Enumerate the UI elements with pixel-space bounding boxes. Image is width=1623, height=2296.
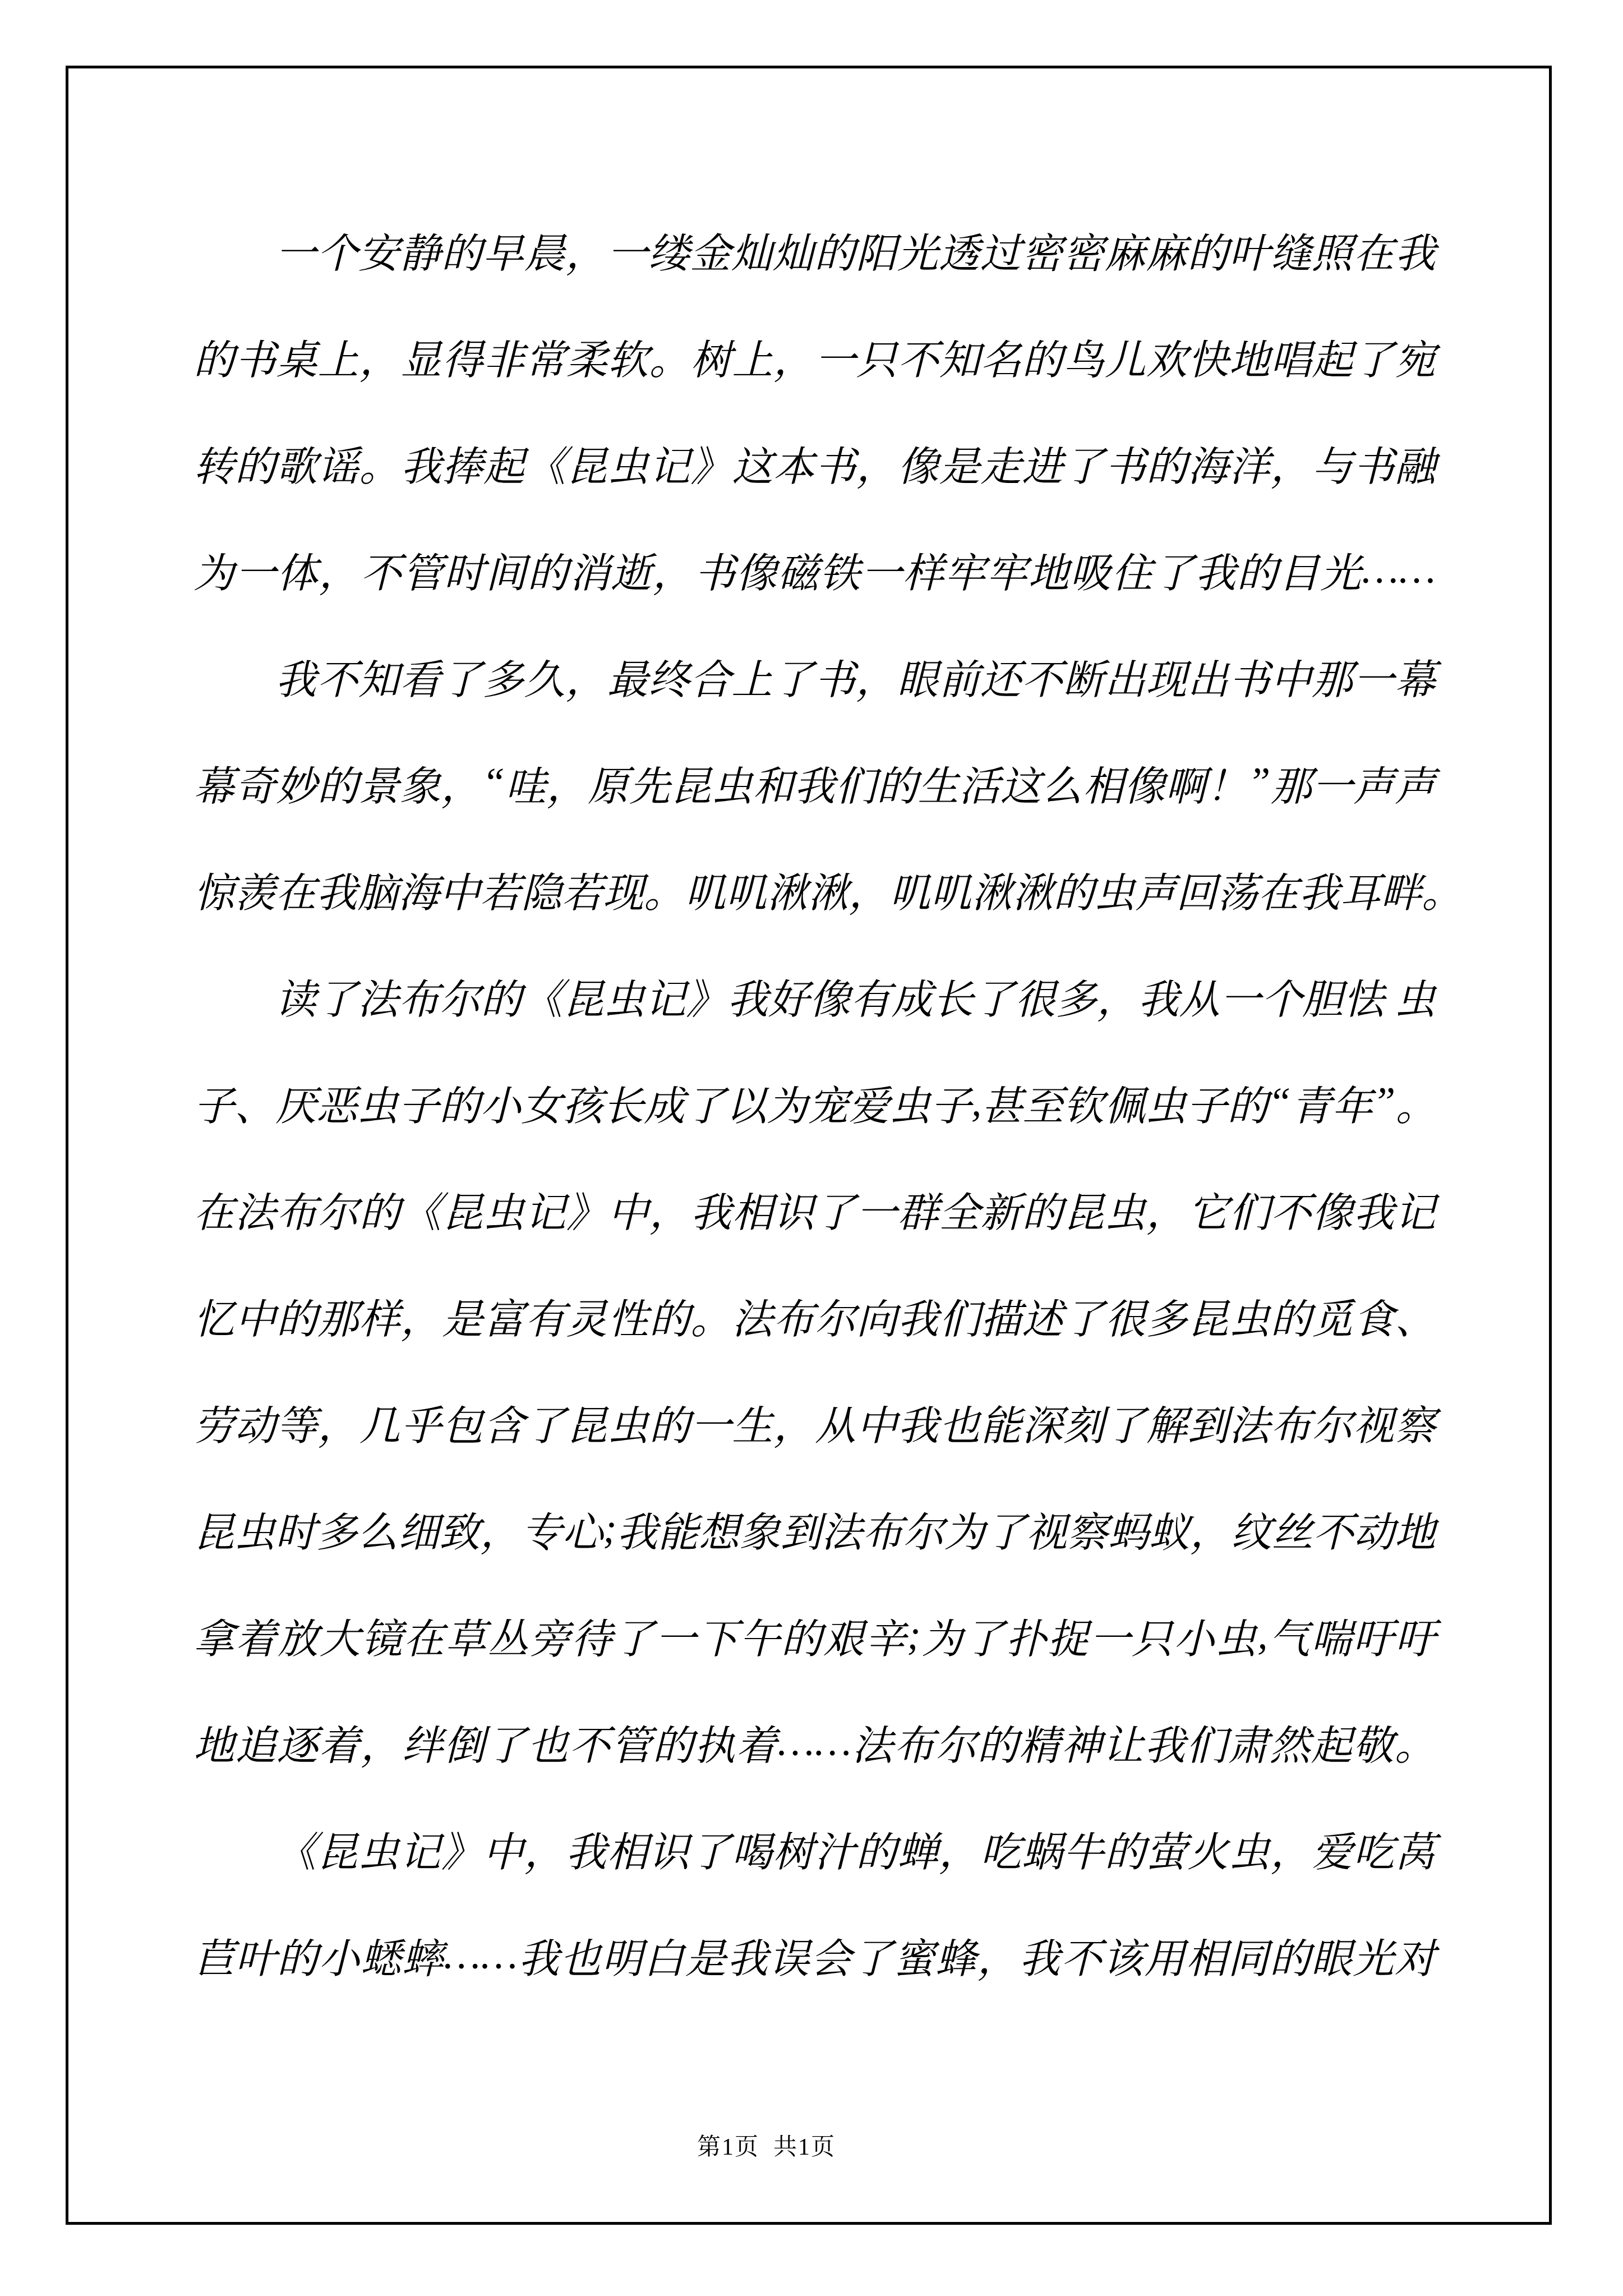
text-char: … xyxy=(778,1718,814,1765)
text-char: 若 xyxy=(480,860,521,919)
text-char: 书 xyxy=(815,434,856,493)
text-char: 眼 xyxy=(1311,1926,1352,1985)
text-char: 中 xyxy=(608,1180,649,1239)
text-char: 铁 xyxy=(819,540,860,599)
text-char: 若 xyxy=(562,860,603,919)
text-char: 地 xyxy=(193,1713,234,1772)
text-char: 是 xyxy=(939,434,980,493)
text-char: 照 xyxy=(1312,220,1353,279)
text-char: 忆 xyxy=(193,1286,234,1345)
text-char: 昆 xyxy=(1063,1180,1104,1239)
text-line: 昆虫时多么细致，专心;我能想象到法布尔为了视察蚂蚁，纹丝不动地 xyxy=(193,1475,1436,1582)
text-char: 虫 xyxy=(889,1073,930,1132)
text-char: 们 xyxy=(1229,1180,1270,1239)
text-char: 。 xyxy=(1395,1713,1436,1772)
text-char: 中 xyxy=(235,1286,276,1345)
text-char: 蚂 xyxy=(1108,1499,1149,1558)
text-line: 地追逐着，绊倒了也不管的执着……法布尔的精神让我们肃然起敬。 xyxy=(193,1688,1436,1795)
text-char: 间 xyxy=(486,540,527,599)
text-char: 一 xyxy=(655,1606,696,1665)
text-char: 先 xyxy=(629,753,670,812)
text-char: 虫 xyxy=(1145,1073,1186,1132)
text-char: 昆 xyxy=(566,434,607,493)
text-char: ， xyxy=(480,1499,521,1558)
text-char: 光 xyxy=(897,220,938,279)
text-char: 叽 xyxy=(685,860,726,919)
text-char: 莴 xyxy=(1395,1819,1436,1878)
text-char: 新 xyxy=(980,1180,1021,1239)
text-char: 刻 xyxy=(1063,1393,1104,1452)
text-char: 海 xyxy=(1188,434,1229,493)
text-char: 一 xyxy=(815,327,856,386)
text-char: 的 xyxy=(781,1606,822,1665)
text-char: 法 xyxy=(822,1499,863,1558)
text-char: 动 xyxy=(235,1393,276,1452)
text-char: 洋 xyxy=(1229,434,1270,493)
text-char: 那 xyxy=(318,1286,359,1345)
text-char: 我 xyxy=(518,1926,559,1985)
text-char: 法 xyxy=(357,967,398,1025)
text-char: 中 xyxy=(1270,647,1311,706)
text-char: 尔 xyxy=(1312,1393,1353,1452)
text-char: 神 xyxy=(1061,1713,1101,1772)
text-char: 软 xyxy=(608,327,649,386)
text-char: 也 xyxy=(560,1926,601,1985)
text-char: 上 xyxy=(732,327,773,386)
text-char: 了 xyxy=(690,1819,731,1878)
text-char: 惊 xyxy=(193,860,234,919)
text-char: 成 xyxy=(892,967,933,1025)
text-char: 年 xyxy=(1332,1073,1373,1132)
text-char: 叶 xyxy=(1229,220,1270,279)
text-char: 回 xyxy=(1176,860,1217,919)
text-char: 然 xyxy=(1269,1713,1310,1772)
text-char: 多 xyxy=(1146,1286,1187,1345)
text-char: 着 xyxy=(236,1606,276,1665)
text-char: 个 xyxy=(317,220,358,279)
text-char: 也 xyxy=(527,1713,568,1772)
text-char: 全 xyxy=(939,1180,980,1239)
text-char: 的 xyxy=(1022,1180,1063,1239)
text-char: 虫 xyxy=(712,753,753,812)
text-char: ， xyxy=(1190,1499,1231,1558)
text-char: … xyxy=(1399,546,1436,593)
text-char: 是 xyxy=(685,1926,726,1985)
text-char: 蜜 xyxy=(894,1926,935,1985)
text-char: 的 xyxy=(1237,540,1278,599)
text-char: 从 xyxy=(815,1393,856,1452)
text-char: 声 xyxy=(1135,860,1176,919)
text-char: 虫 xyxy=(1229,1286,1270,1345)
text-char: 昆 xyxy=(193,1499,234,1558)
text-char: 时 xyxy=(275,1499,316,1558)
text-char: 敬 xyxy=(1353,1713,1394,1772)
text-char: 融 xyxy=(1395,434,1436,493)
text-char: 我 xyxy=(727,967,768,1025)
text-char: 是 xyxy=(442,1286,483,1345)
text-char: 安 xyxy=(358,220,399,279)
text-char: , xyxy=(971,1079,981,1126)
text-char: 了 xyxy=(441,647,482,706)
text-char: 很 xyxy=(1015,967,1055,1025)
text-char: 布 xyxy=(773,1286,814,1345)
text-char: 为 xyxy=(922,1606,963,1665)
text-char: 的 xyxy=(1146,434,1187,493)
text-char: 追 xyxy=(235,1713,276,1772)
text-char: 喘 xyxy=(1311,1606,1352,1665)
text-char: 为 xyxy=(944,1499,985,1558)
text-char: 长 xyxy=(603,1073,644,1132)
text-char: 丝 xyxy=(1272,1499,1313,1558)
text-char: 早 xyxy=(483,220,524,279)
text-char: 出 xyxy=(1104,647,1145,706)
text-char: 不 xyxy=(1061,1926,1101,1985)
text-char: 了 xyxy=(963,1606,1004,1665)
text-char: 为 xyxy=(193,540,234,599)
text-char: ， xyxy=(318,1393,359,1452)
text-char: 法 xyxy=(732,1286,773,1345)
text-char: 佩 xyxy=(1104,1073,1145,1132)
text-char: 叶 xyxy=(235,1926,276,1985)
essay-body: 一个安静的早晨，一缕金灿灿的阳光透过密密麻麻的叶缝照在我的书桌上，显得非常柔软。… xyxy=(193,196,1436,2008)
text-char: 阳 xyxy=(856,220,897,279)
text-char: 现 xyxy=(1146,647,1187,706)
text-char: 灵 xyxy=(566,1286,607,1345)
text-char: ， xyxy=(978,1926,1018,1985)
text-char: 《 xyxy=(400,1180,441,1239)
text-line: 子、厌恶虫子的小女孩长成了以为宠爱虫子,甚至钦佩虫子的“青年”。 xyxy=(193,1049,1436,1156)
text-line: 幕奇妙的景象，“哇，原先昆虫和我们的生活这么相像啊！”那一声声 xyxy=(193,729,1436,836)
text-line: 读了法布尔的《昆虫记》我好像有成长了很多，我从一个胆怯 虫 xyxy=(193,942,1436,1049)
text-char: 尔 xyxy=(440,967,481,1025)
text-char: 管 xyxy=(402,540,443,599)
text-char: 动 xyxy=(1354,1499,1395,1558)
text-char: 那 xyxy=(1271,753,1312,812)
text-char: 了 xyxy=(316,967,357,1025)
text-char: 畔 xyxy=(1381,860,1422,919)
text-char: 荡 xyxy=(1217,860,1258,919)
text-char: 书 xyxy=(814,647,855,706)
text-char: 幕 xyxy=(1395,647,1436,706)
text-char: 我 xyxy=(1395,220,1436,279)
text-char: ！ xyxy=(1206,753,1247,812)
text-char: 午 xyxy=(739,1606,780,1665)
text-char: 纹 xyxy=(1231,1499,1272,1558)
text-char: 书 xyxy=(1229,647,1270,706)
text-char: 牛 xyxy=(1063,1819,1104,1878)
text-char: 向 xyxy=(856,1286,897,1345)
text-line: 一个安静的早晨，一缕金灿灿的阳光透过密密麻麻的叶缝照在我 xyxy=(193,196,1436,303)
text-char: 了 xyxy=(1353,327,1394,386)
text-char: 的 xyxy=(527,540,568,599)
text-char: 麻 xyxy=(1146,220,1187,279)
text-char: 成 xyxy=(644,1073,685,1132)
text-char: 上 xyxy=(318,327,359,386)
text-char: 察 xyxy=(1395,1393,1436,1452)
text-char: 我 xyxy=(1019,1926,1060,1985)
text-char: 牢 xyxy=(986,540,1027,599)
text-char: ， xyxy=(359,327,400,386)
text-line: 转的歌谣。我捧起《昆虫记》这本书，像是走进了书的海洋，与书融 xyxy=(193,409,1436,516)
text-char: 好 xyxy=(768,967,809,1025)
text-char: 的 xyxy=(649,1286,690,1345)
text-char: 蟀 xyxy=(402,1926,443,1985)
text-char: 不 xyxy=(898,327,939,386)
text-char: 胆 xyxy=(1302,967,1343,1025)
text-char: 了 xyxy=(1063,434,1104,493)
text-char: 消 xyxy=(569,540,610,599)
text-char: 子 xyxy=(398,1073,439,1132)
text-char: 等 xyxy=(276,1393,317,1452)
text-char: ， xyxy=(524,1819,565,1878)
text-char: 起 xyxy=(483,434,524,493)
text-char: 与 xyxy=(1312,434,1353,493)
text-char: 我 xyxy=(727,1926,768,1985)
text-char: 和 xyxy=(753,753,794,812)
text-char: 象 xyxy=(740,1499,781,1558)
text-char: 体 xyxy=(277,540,318,599)
text-char: 一 xyxy=(1090,1606,1131,1665)
text-char: 终 xyxy=(648,647,689,706)
text-char: 欢 xyxy=(1146,327,1187,386)
text-char: 我 xyxy=(794,753,835,812)
text-char: 湫 xyxy=(767,860,808,919)
text-char: 爱 xyxy=(849,1073,889,1132)
text-char: 了 xyxy=(486,1713,527,1772)
text-char: 在 xyxy=(275,860,316,919)
text-char: 性 xyxy=(608,1286,649,1345)
text-char: 脑 xyxy=(357,860,398,919)
text-char: 旁 xyxy=(529,1606,570,1665)
text-char: 走 xyxy=(980,434,1021,493)
text-char: 拿 xyxy=(193,1606,234,1665)
text-char: 富 xyxy=(483,1286,524,1345)
text-char: 怯 xyxy=(1343,967,1384,1025)
text-char: 。 xyxy=(359,434,400,493)
text-char: 的 xyxy=(814,220,855,279)
text-char: 蜂 xyxy=(935,1926,976,1985)
text-char: 了 xyxy=(1153,540,1194,599)
text-char: 了 xyxy=(815,1180,856,1239)
text-char: 子 xyxy=(930,1073,971,1132)
text-char: 同 xyxy=(1228,1926,1269,1985)
text-char: 耳 xyxy=(1340,860,1381,919)
text-char: 不 xyxy=(1022,647,1063,706)
text-char: 女 xyxy=(521,1073,562,1132)
text-char: 这 xyxy=(1000,753,1041,812)
text-char: 有 xyxy=(850,967,891,1025)
page-number-footer: 第1页 共1页 xyxy=(697,2128,836,2162)
text-char: … xyxy=(444,1931,480,1978)
text-char: 叽 xyxy=(930,860,971,919)
text-char: 了 xyxy=(974,967,1015,1025)
text-char: 》 xyxy=(441,1819,482,1878)
text-char: 透 xyxy=(939,220,980,279)
text-char: 它 xyxy=(1188,1180,1229,1239)
text-char: ， xyxy=(441,753,482,812)
text-char: 断 xyxy=(1063,647,1104,706)
text-char: 昆 xyxy=(317,1819,358,1878)
text-char: 几 xyxy=(359,1393,400,1452)
text-line: 苣叶的小蟋蟀……我也明白是我误会了蜜蜂，我不该用相同的眼光对 xyxy=(193,1902,1436,2008)
text-char: 执 xyxy=(694,1713,735,1772)
text-char: 哇 xyxy=(505,753,546,812)
text-char: 像 xyxy=(809,967,850,1025)
text-char: ， xyxy=(400,1286,441,1345)
text-char: 树 xyxy=(690,327,731,386)
text-char: 我 xyxy=(1299,860,1340,919)
text-char: 述 xyxy=(1022,1286,1063,1345)
text-char: 绊 xyxy=(402,1713,443,1772)
text-char: 不 xyxy=(1270,1180,1311,1239)
text-char: 一 xyxy=(856,1180,897,1239)
text-char: 描 xyxy=(980,1286,1021,1345)
document-page: 一个安静的早晨，一缕金灿灿的阳光透过密密麻麻的叶缝照在我的书桌上，显得非常柔软。… xyxy=(0,0,1623,2296)
text-char: 得 xyxy=(442,327,483,386)
text-char: 细 xyxy=(398,1499,439,1558)
text-char: 虫 xyxy=(1395,967,1436,1025)
text-char: 的 xyxy=(317,753,358,812)
text-char: 转 xyxy=(193,434,234,493)
text-char: 能 xyxy=(980,1393,1021,1452)
text-char: 扑 xyxy=(1006,1606,1046,1665)
text-char: 昆 xyxy=(563,967,604,1025)
text-char: ， xyxy=(649,1180,690,1239)
text-char: 能 xyxy=(658,1499,699,1558)
text-char: 虫 xyxy=(1229,1819,1270,1878)
text-char: 到 xyxy=(781,1499,822,1558)
text-char: 布 xyxy=(863,1499,903,1558)
text-char: 小 xyxy=(480,1073,521,1132)
text-char: 到 xyxy=(1188,1393,1229,1452)
text-char: … xyxy=(815,1718,851,1765)
text-char: 从 xyxy=(1179,967,1220,1025)
text-char: 奇 xyxy=(235,753,276,812)
text-char: 磁 xyxy=(778,540,819,599)
text-char: 的 xyxy=(856,1819,897,1878)
text-char: 知 xyxy=(939,327,980,386)
text-char: 只 xyxy=(1132,1606,1173,1665)
text-char: 宛 xyxy=(1395,327,1436,386)
text-char: 么 xyxy=(357,1499,398,1558)
text-char: 过 xyxy=(980,220,1021,279)
text-char: 至 xyxy=(1022,1073,1063,1132)
text-char: 鸟 xyxy=(1063,327,1104,386)
text-char: ” xyxy=(1373,1079,1396,1126)
text-char: 静 xyxy=(400,220,441,279)
text-char: 海 xyxy=(398,860,439,919)
text-char: 辛 xyxy=(865,1606,906,1665)
text-char: 丛 xyxy=(487,1606,528,1665)
text-line: 惊羡在我脑海中若隐若现。叽叽湫湫，叽叽湫湫的虫声回荡在我耳畔。 xyxy=(193,836,1436,942)
text-char: 小 xyxy=(319,1926,359,1985)
text-char: 多 xyxy=(483,647,524,706)
text-char: 尔 xyxy=(903,1499,944,1558)
text-char: 原 xyxy=(588,753,629,812)
text-char: … xyxy=(1362,546,1398,593)
text-char: ， xyxy=(1270,434,1311,493)
text-char: 我 xyxy=(898,1286,939,1345)
text-char: 萤 xyxy=(1146,1819,1187,1878)
text-char: 最 xyxy=(607,647,648,706)
text-char: 啊 xyxy=(1165,753,1206,812)
text-char: 快 xyxy=(1188,327,1229,386)
text-char: 爱 xyxy=(1312,1819,1353,1878)
text-char: 桌 xyxy=(276,327,317,386)
text-char: 缝 xyxy=(1270,220,1311,279)
text-char: ， xyxy=(1146,1180,1187,1239)
text-char: 群 xyxy=(898,1180,939,1239)
text-char: 恶 xyxy=(316,1073,357,1132)
text-char: 像 xyxy=(898,434,939,493)
text-char: 合 xyxy=(690,647,731,706)
text-char: 艰 xyxy=(823,1606,864,1665)
text-char: 虫 xyxy=(1105,1180,1146,1239)
text-char: 、 xyxy=(234,1073,275,1132)
text-char: 声 xyxy=(1395,753,1436,812)
text-char: 的 xyxy=(652,1713,693,1772)
text-char: 眼 xyxy=(897,647,938,706)
text-char: 会 xyxy=(810,1926,851,1985)
text-char: 劳 xyxy=(193,1393,234,1452)
text-char: 看 xyxy=(400,647,441,706)
text-char: 读 xyxy=(275,967,316,1025)
text-char: 逝 xyxy=(611,540,652,599)
text-char: 多 xyxy=(316,1499,357,1558)
text-char: 一 xyxy=(1312,753,1353,812)
text-char: 样 xyxy=(359,1286,400,1345)
text-char: ， xyxy=(1270,1819,1311,1878)
text-char: 我 xyxy=(400,434,441,493)
text-char: 识 xyxy=(648,1819,689,1878)
text-char: 了 xyxy=(1105,1393,1146,1452)
text-char: 的 xyxy=(1269,1926,1310,1985)
text-char: ， xyxy=(856,647,897,706)
text-char: 中 xyxy=(483,1819,524,1878)
text-char: 苣 xyxy=(193,1926,234,1985)
text-char: 书 xyxy=(1353,434,1394,493)
text-char: 昆 xyxy=(442,1180,483,1239)
text-char: ， xyxy=(773,327,814,386)
text-char: 的 xyxy=(277,1926,318,1985)
text-char: 记 xyxy=(525,1180,566,1239)
text-char: 虫 xyxy=(608,434,649,493)
text-char: 。 xyxy=(649,327,690,386)
text-char: 湫 xyxy=(808,860,849,919)
text-char: 、 xyxy=(1395,1286,1436,1345)
text-char: 只 xyxy=(856,327,897,386)
text-char: ， xyxy=(547,753,588,812)
text-char: 的 xyxy=(481,967,522,1025)
text-char: 我 xyxy=(316,860,357,919)
text-char: 很 xyxy=(1105,1286,1146,1345)
text-char: 光 xyxy=(1353,1926,1394,1985)
text-char: 下 xyxy=(697,1606,738,1665)
text-char: ， xyxy=(856,434,897,493)
text-char: 密 xyxy=(1022,220,1063,279)
text-char: 知 xyxy=(358,647,399,706)
text-char: 识 xyxy=(773,1180,814,1239)
text-char: 的 xyxy=(1053,860,1094,919)
text-char: 《 xyxy=(522,967,562,1025)
text-line: 《昆虫记》中，我相识了喝树汁的蝉，吃蜗牛的萤火虫，爱吃莴 xyxy=(193,1795,1436,1902)
text-char: 尔 xyxy=(318,1180,359,1239)
text-char: 叽 xyxy=(889,860,930,919)
text-char: ， xyxy=(849,860,889,919)
text-char: 肃 xyxy=(1228,1713,1269,1772)
text-char: 本 xyxy=(773,434,814,493)
text-char: 一 xyxy=(1353,647,1394,706)
